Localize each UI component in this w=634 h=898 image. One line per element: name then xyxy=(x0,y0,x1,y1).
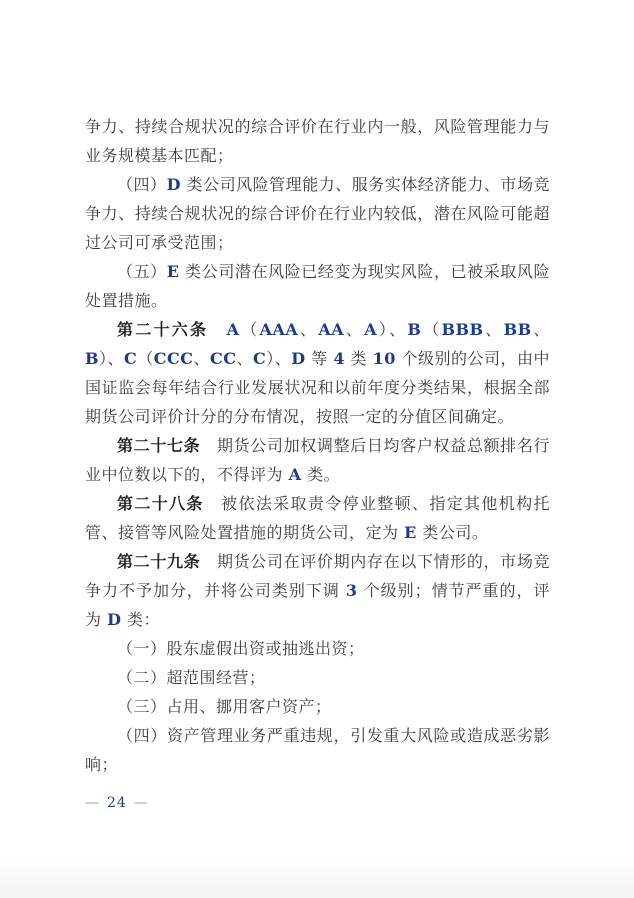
text-run: 4 xyxy=(333,349,345,368)
paragraph: （五）E 类公司潜在风险已经变为现实风险，已被采取风险处置措施。 xyxy=(85,257,550,315)
text-run: （ xyxy=(421,320,441,339)
text-run: （一）股东虚假出资或抽逃出资； xyxy=(117,639,365,658)
text-run: （ xyxy=(240,320,260,339)
text-run: （五） xyxy=(117,262,167,281)
text-run: C xyxy=(253,349,266,368)
text-run: （二）超范围经营； xyxy=(117,668,266,687)
text-run: （四）资产管理业务严重违规，引发重大风险或造成恶劣影响； xyxy=(85,726,550,774)
text-run: 等 xyxy=(306,349,334,368)
text-run: 、 xyxy=(344,320,364,339)
text-run: E xyxy=(404,523,417,542)
text-run: ）、 xyxy=(266,349,291,368)
page-number-value: 24 xyxy=(107,795,127,811)
text-run: 争力、持续合规状况的综合评价在行业内一般，风险管理能力与业务规模基本匹配； xyxy=(85,117,550,165)
text-run: D xyxy=(167,175,181,194)
text-run: （三）占用、挪用客户资产； xyxy=(117,697,332,716)
article-number: 第二十九条 xyxy=(117,552,200,571)
text-run: 类 xyxy=(345,349,373,368)
text-run: 、 xyxy=(298,320,318,339)
text-run: B xyxy=(85,349,99,368)
text-run: BB xyxy=(504,320,532,339)
paragraph: （二）超范围经营； xyxy=(85,663,550,692)
article-number: 第二十八条 xyxy=(117,494,204,513)
text-run: CC xyxy=(210,349,236,368)
text-run: AA xyxy=(318,320,344,339)
page-number-dash: — xyxy=(134,795,149,811)
text-run: D xyxy=(107,610,121,629)
page-number: —24— xyxy=(85,794,149,812)
text-run: 、 xyxy=(194,349,211,368)
text-run: C xyxy=(124,349,137,368)
document-page: 争力、持续合规状况的综合评价在行业内一般，风险管理能力与业务规模基本匹配；（四）… xyxy=(0,0,634,898)
text-run: ）、 xyxy=(377,320,407,339)
text-run: D xyxy=(291,349,305,368)
paragraph: （三）占用、挪用客户资产； xyxy=(85,692,550,721)
text-run: 、 xyxy=(236,349,253,368)
text-run: AAA xyxy=(260,320,299,339)
paragraph: 第二十八条 被依法采取责令停业整顿、指定其他机构托管、接管等风险处置措施的期货公… xyxy=(85,489,550,547)
text-run: A xyxy=(364,320,377,339)
text-run: 类。 xyxy=(302,465,341,484)
text-run: 类公司。 xyxy=(417,523,489,542)
text-run: 3 xyxy=(346,581,358,600)
text-run: 、 xyxy=(532,320,550,339)
paragraph: （四）资产管理业务严重违规，引发重大风险或造成恶劣影响； xyxy=(85,721,550,779)
text-run: 类： xyxy=(121,610,160,629)
text-run: 、 xyxy=(484,320,504,339)
page-number-dash: — xyxy=(85,795,100,811)
paragraph: （一）股东虚假出资或抽逃出资； xyxy=(85,634,550,663)
paragraph: 第二十七条 期货公司加权调整后日均客户权益总额排名行业中位数以下的，不得评为 A… xyxy=(85,431,550,489)
text-run: A xyxy=(227,320,240,339)
text-run: CCC xyxy=(154,349,194,368)
paragraph: 争力、持续合规状况的综合评价在行业内一般，风险管理能力与业务规模基本匹配； xyxy=(85,112,550,170)
document-body: 争力、持续合规状况的综合评价在行业内一般，风险管理能力与业务规模基本匹配；（四）… xyxy=(85,112,550,779)
text-run: E xyxy=(167,262,180,281)
paragraph: 第二十六条 A（AAA、AA、A）、B（BBB、BB、B）、C（CCC、CC、C… xyxy=(85,315,550,431)
text-run: （四） xyxy=(117,175,167,194)
text-run: BBB xyxy=(441,320,483,339)
text-run: A xyxy=(289,465,302,484)
text-run: 10 xyxy=(373,349,396,368)
paragraph: 第二十九条 期货公司在评价期内存在以下情形的，市场竞争力不予加分，并将公司类别下… xyxy=(85,547,550,634)
article-number: 第二十六条 xyxy=(117,320,208,339)
paragraph: （四）D 类公司风险管理能力、服务实体经济能力、市场竞争力、持续合规状况的综合评… xyxy=(85,170,550,257)
text-run: ）、 xyxy=(99,349,124,368)
text-run: （ xyxy=(137,349,154,368)
text-run xyxy=(208,320,226,339)
article-number: 第二十七条 xyxy=(117,436,200,455)
text-run: B xyxy=(407,320,421,339)
